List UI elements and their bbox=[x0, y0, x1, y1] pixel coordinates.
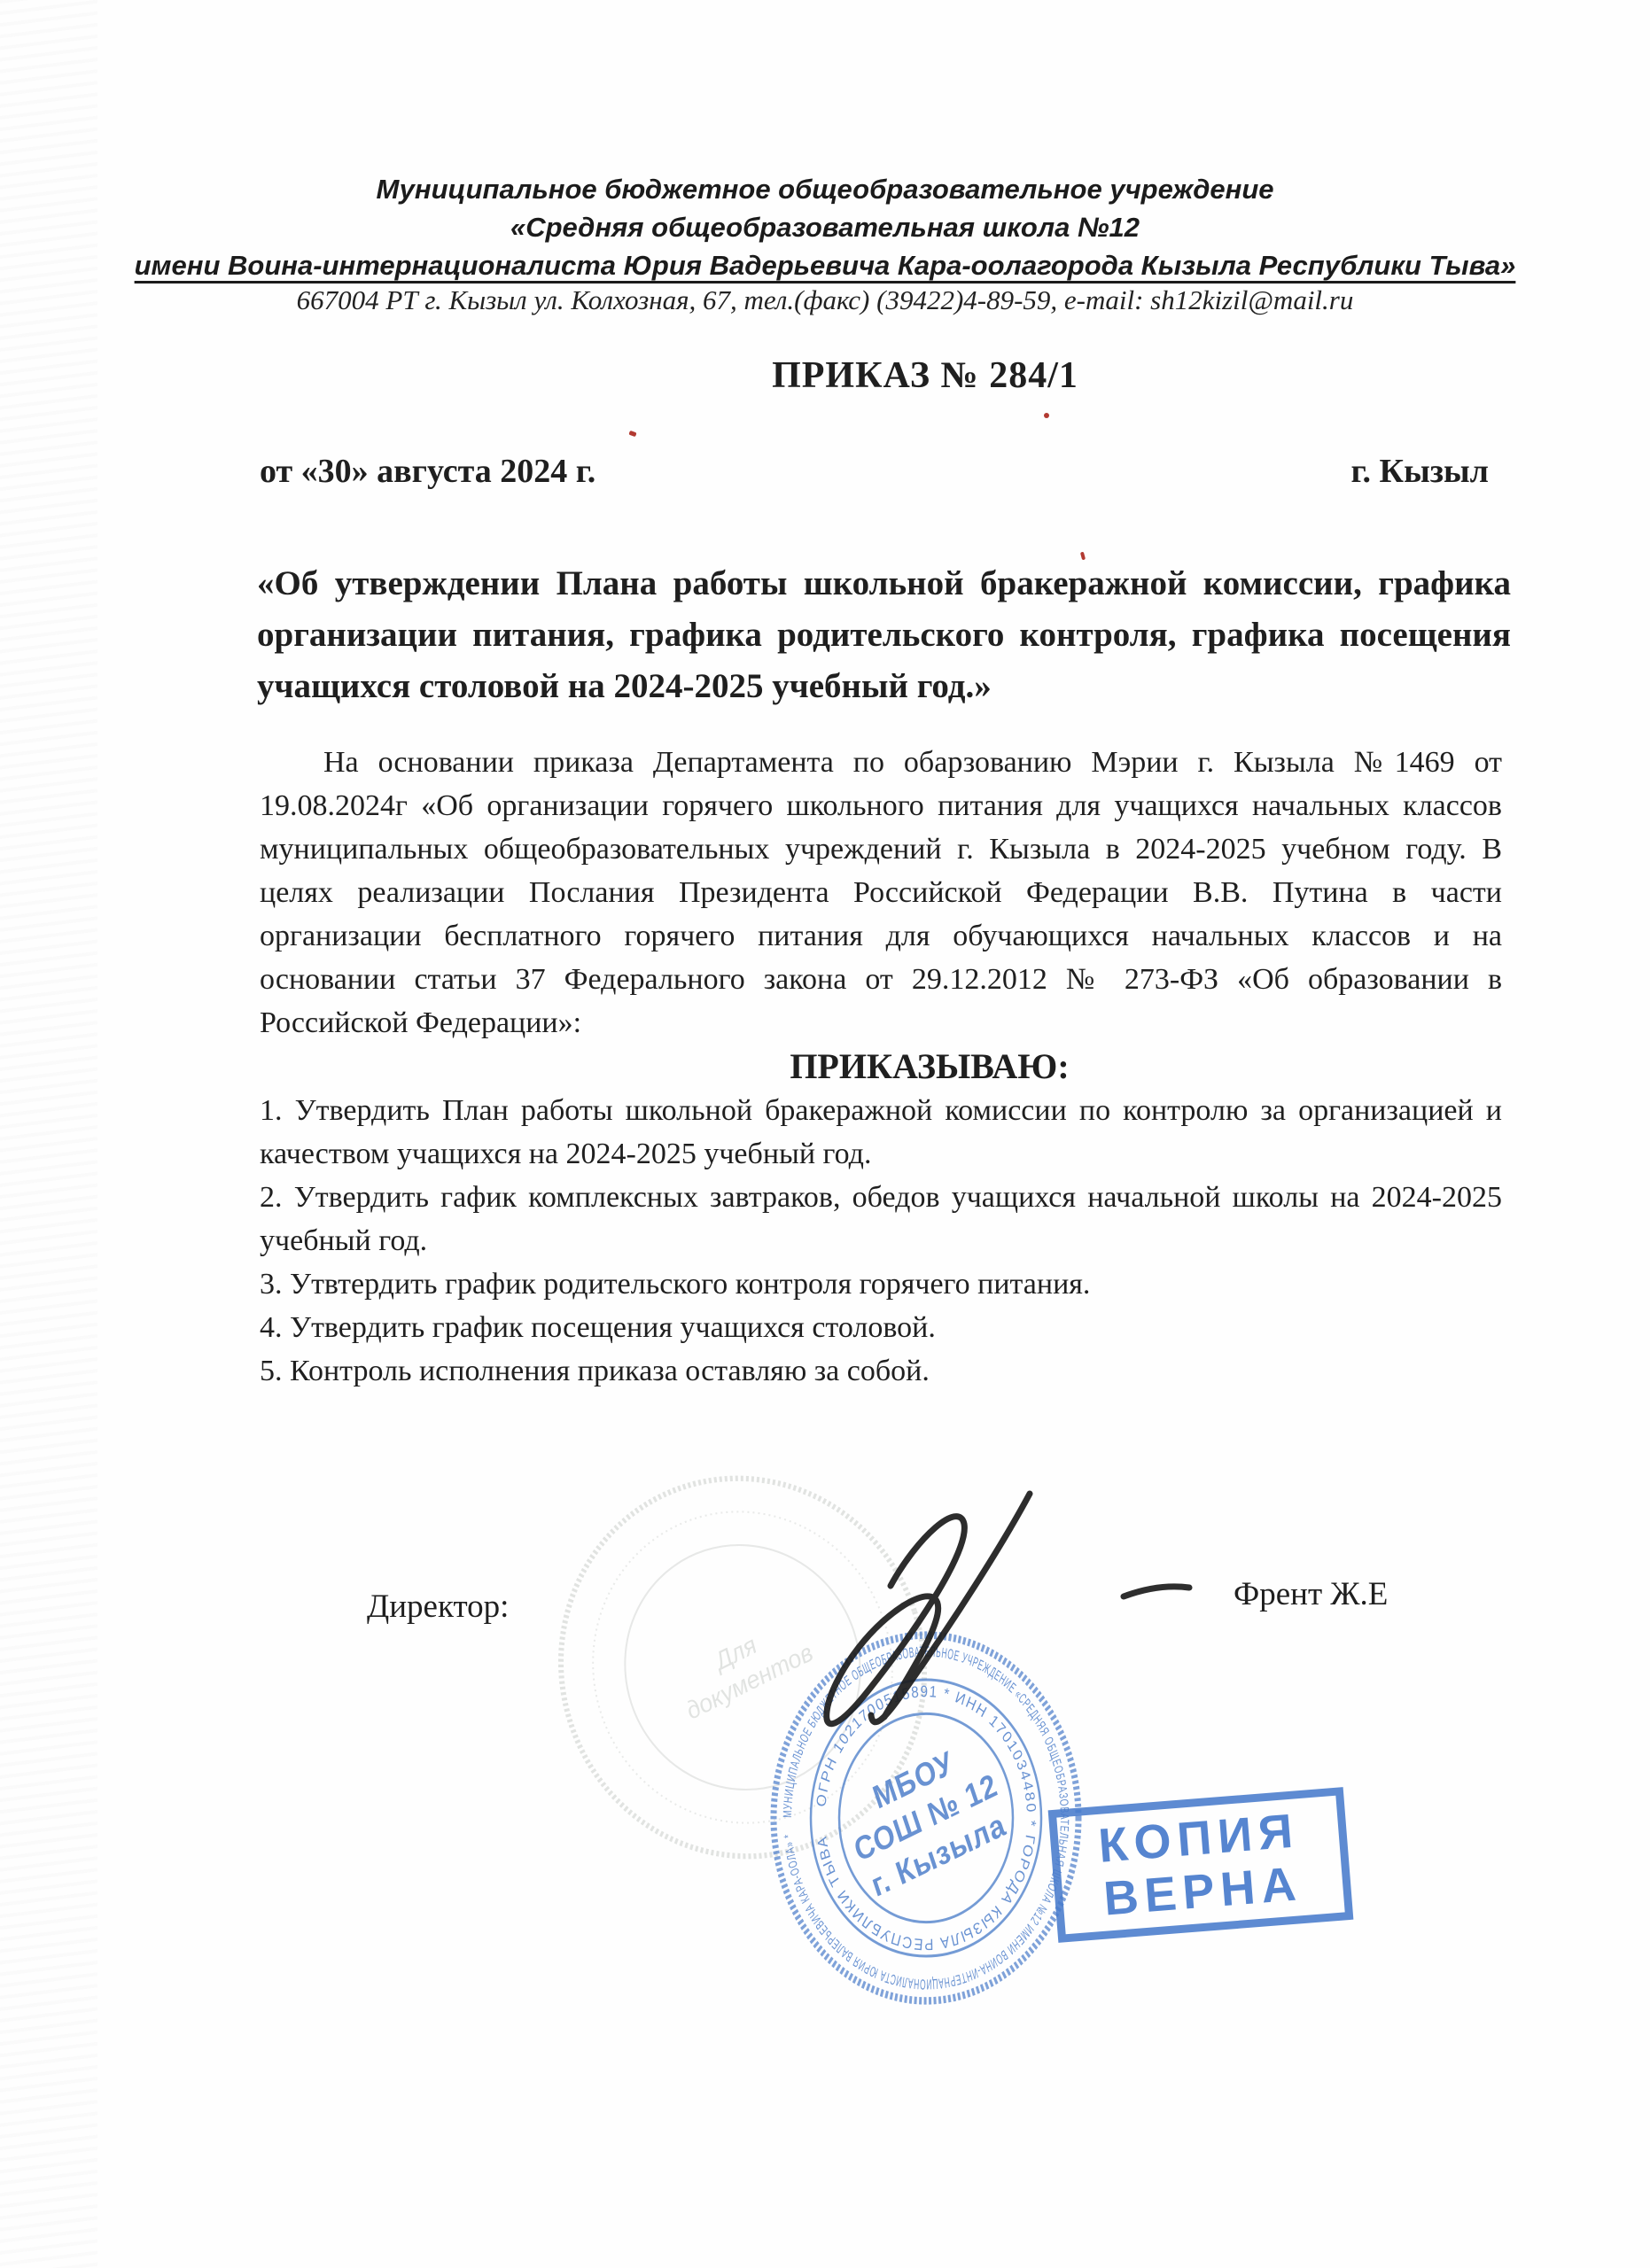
letterhead-line-3: имени Воина-интернационалиста Юрия Вадер… bbox=[0, 246, 1650, 284]
copy-verna-stamp: КОПИЯ ВЕРНА bbox=[1048, 1787, 1354, 1943]
letterhead-contacts: 667004 РТ г. Кызыл ул. Колхозная, 67, те… bbox=[0, 283, 1650, 318]
order-item-2: 2. Утвердить гафик комплексных завтраков… bbox=[260, 1176, 1502, 1262]
scan-artifact-speck bbox=[1044, 413, 1049, 418]
order-date: от «30» августа 2024 г. bbox=[260, 452, 595, 491]
order-item-1: 1. Утвердить План работы школьной бракер… bbox=[260, 1089, 1502, 1176]
order-item-4: 4. Утвердить график посещения учащихся с… bbox=[260, 1306, 1502, 1349]
order-preamble: На основании приказа Департамента по оба… bbox=[260, 741, 1502, 1045]
order-item-5: 5. Контроль исполнения приказа оставляю … bbox=[260, 1349, 1502, 1393]
order-item-3: 3. Утвтердить график родительского контр… bbox=[260, 1262, 1502, 1306]
school-round-stamp: МУНИЦИПАЛЬНОЕ БЮДЖЕТНОЕ ОБЩЕОБРАЗОВАТЕЛЬ… bbox=[774, 1635, 1078, 2001]
resolve-heading: ПРИКАЗЫВАЮ: bbox=[308, 1045, 1551, 1089]
order-city: г. Кызыл bbox=[1351, 452, 1489, 491]
scan-artifact-speck bbox=[628, 431, 636, 437]
scanned-order-document: Муниципальное бюджетное общеобразователь… bbox=[0, 0, 1650, 2268]
date-row: от «30» августа 2024 г. г. Кызыл bbox=[260, 452, 1489, 491]
order-number-title: ПРИКАЗ № 284/1 bbox=[304, 354, 1546, 397]
letterhead-line-2: «Средняя общеобразовательная школа №12 bbox=[0, 208, 1650, 246]
order-body: На основании приказа Департамента по оба… bbox=[260, 741, 1502, 1393]
letterhead: Муниципальное бюджетное общеобразователь… bbox=[0, 170, 1650, 318]
letterhead-line-1: Муниципальное бюджетное общеобразователь… bbox=[0, 170, 1650, 208]
order-subject: «Об утверждении Плана работы школьной бр… bbox=[257, 558, 1511, 712]
scan-edge-artifact bbox=[0, 0, 97, 2268]
